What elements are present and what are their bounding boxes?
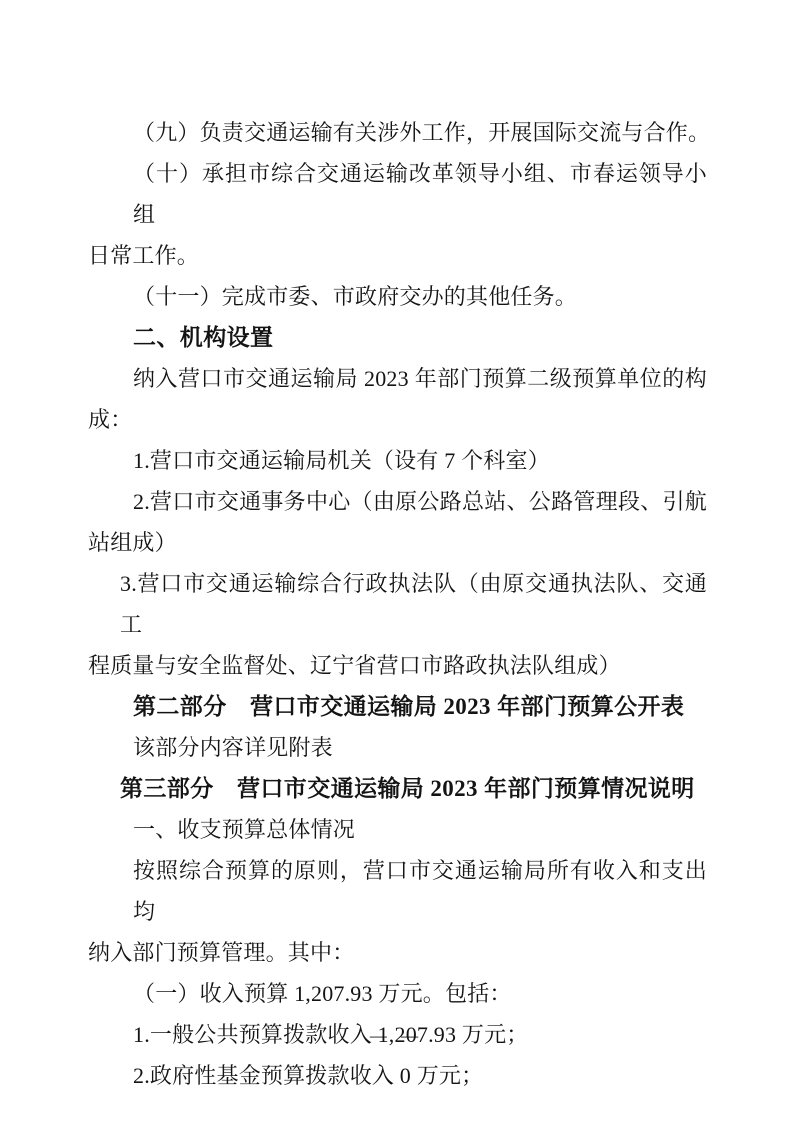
- text-line: 成：: [88, 399, 707, 440]
- text-line: 纳入营口市交通运输局 2023 年部门预算二级预算单位的构: [88, 358, 707, 399]
- document-body: （九）负责交通运输有关涉外工作，开展国际交流与合作。 （十）承担市综合交通运输改…: [88, 112, 707, 1096]
- section-heading: 二、机构设置: [88, 317, 707, 358]
- list-item: 1.营口市交通运输局机关（设有 7 个科室）: [88, 440, 707, 481]
- text-line: 日常工作。: [88, 235, 707, 276]
- text-line: 纳入部门预算管理。其中：: [88, 932, 707, 973]
- text-line: （一）收入预算 1,207.93 万元。包括：: [88, 973, 707, 1014]
- text-line: 按照综合预算的原则，营口市交通运输局所有收入和支出均: [88, 850, 707, 932]
- section-heading: 第三部分 营口市交通运输局 2023 年部门预算情况说明: [88, 768, 707, 809]
- list-item: 2.营口市交通事务中心（由原公路总站、公路管理段、引航: [88, 481, 707, 522]
- sub-heading: 一、收支预算总体情况: [88, 809, 707, 850]
- text-line: 程质量与安全监督处、辽宁省营口市路政执法队组成）: [88, 645, 707, 686]
- text-line: 该部分内容详见附表: [88, 727, 707, 768]
- text-line: （十一）完成市委、市政府交办的其他任务。: [88, 276, 707, 317]
- text-line: 站组成）: [88, 522, 707, 563]
- list-item: 2.政府性基金预算拨款收入 0 万元；: [88, 1055, 707, 1096]
- text-line: （十）承担市综合交通运输改革领导小组、市春运领导小组: [88, 153, 707, 235]
- section-heading: 第二部分 营口市交通运输局 2023 年部门预算公开表: [88, 686, 707, 727]
- text-line: （九）负责交通运输有关涉外工作，开展国际交流与合作。: [88, 112, 707, 153]
- page-number: — —: [0, 1022, 793, 1050]
- document-page: （九）负责交通运输有关涉外工作，开展国际交流与合作。 （十）承担市综合交通运输改…: [0, 0, 793, 1122]
- list-item: 3.营口市交通运输综合行政执法队（由原交通执法队、交通工: [88, 563, 707, 645]
